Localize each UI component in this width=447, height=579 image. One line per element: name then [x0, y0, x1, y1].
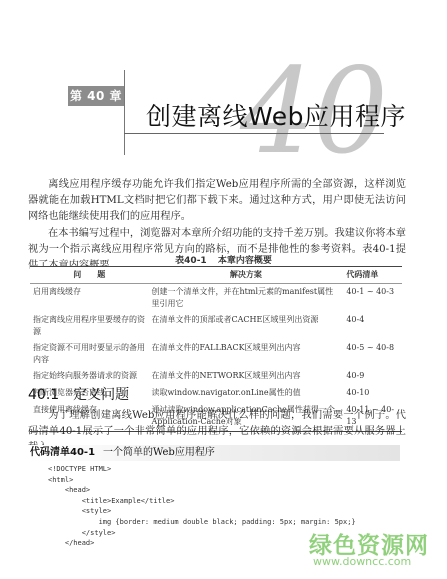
cell-listing: 40-5 ~ 40-8: [343, 340, 402, 368]
cell-solution: 在清单文件的FALLBACK区域里列出内容: [149, 340, 344, 368]
table-row: 指定始终向服务器请求的资源 在清单文件的NETWORK区域里列出内容 40-9: [30, 368, 402, 385]
table-header-row: 问 题 解决方案 代码清单: [30, 267, 402, 284]
chapter-title: 创建离线Web应用程序: [146, 102, 406, 132]
cell-listing: 40-4: [343, 312, 402, 340]
cell-listing: 40-1 ~ 40-3: [343, 284, 402, 313]
section-number: 40.1: [28, 387, 59, 403]
cell-listing: 40-10: [343, 385, 402, 402]
listing-caption: 一个简单的Web应用程序: [103, 447, 215, 458]
chapter-title-rule: [124, 133, 384, 134]
cell-solution: 在清单文件的NETWORK区域里列出内容: [149, 368, 344, 385]
cell-solution: 创建一个清单文件，并在html元素的manifest属性里引用它: [149, 284, 344, 313]
section-heading: 40.1定义问题: [28, 384, 129, 404]
header-solution: 解决方案: [149, 267, 344, 284]
listing-title: 代码清单40-1一个简单的Web应用程序: [30, 446, 215, 460]
cell-listing: 40-9: [343, 368, 402, 385]
intro-paragraph-1: 离线应用程序缓存功能允许我们指定Web应用程序所需的全部资源，这样浏览器就能在加…: [28, 177, 406, 225]
cell-problem: 指定资源不可用时要显示的备用内容: [30, 340, 149, 368]
chapter-vertical-rule: [124, 70, 125, 155]
chapter-badge: 第 40 章: [68, 86, 124, 106]
cell-problem: 启用离线缓存: [30, 284, 149, 313]
table-row: 指定离线应用程序里要缓存的资源 在清单文件的顶部或者CACHE区域里列出资源 4…: [30, 312, 402, 340]
cell-problem: 指定离线应用程序里要缓存的资源: [30, 312, 149, 340]
watermark-url: www.downcc.com: [313, 555, 411, 568]
table-row: 启用离线缓存 创建一个清单文件，并在html元素的manifest属性里引用它 …: [30, 284, 402, 313]
intro-paragraph-1-text: 离线应用程序缓存功能允许我们指定Web应用程序所需的全部资源，这样浏览器就能在加…: [28, 179, 406, 222]
cell-solution: 读取window.navigator.onLine属性的值: [149, 385, 344, 402]
header-listing: 代码清单: [343, 267, 402, 284]
table-row: 指定资源不可用时要显示的备用内容 在清单文件的FALLBACK区域里列出内容 4…: [30, 340, 402, 368]
table-caption: 表40-1 本章内容概要: [0, 253, 447, 266]
header-problem: 问 题: [30, 267, 149, 284]
section-title: 定义问题: [73, 387, 129, 403]
cell-solution: 在清单文件的顶部或者CACHE区域里列出资源: [149, 312, 344, 340]
cell-problem: 指定始终向服务器请求的资源: [30, 368, 149, 385]
listing-label: 代码清单40-1: [30, 447, 95, 458]
